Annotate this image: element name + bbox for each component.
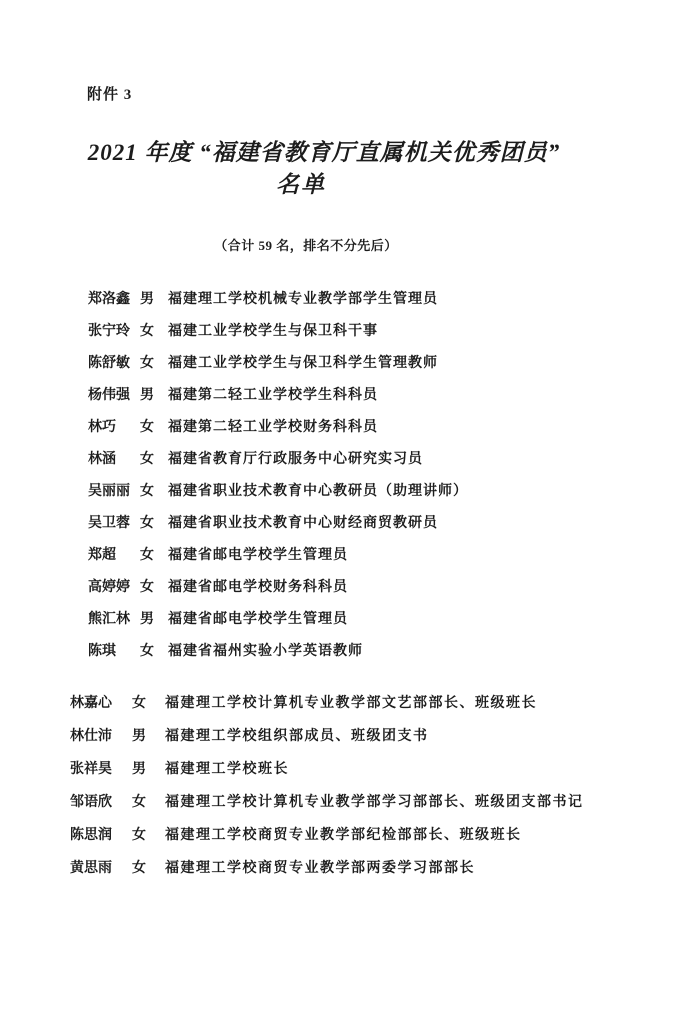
person-name: 陈思润 xyxy=(70,819,132,852)
person-position: 福建理工学校组织部成员、班级团支书 xyxy=(165,720,429,753)
person-name: 林仕沛 xyxy=(70,720,132,753)
person-position: 福建理工学校机械专业教学部学生管理员 xyxy=(168,284,438,316)
roster-row: 杨伟强 男 福建第二轻工业学校学生科科员 xyxy=(0,380,700,412)
person-name: 陈舒敏 xyxy=(88,348,140,380)
roster-count-note: （合计 59 名，排名不分先后） xyxy=(6,235,606,254)
person-position: 福建省邮电学校学生管理员 xyxy=(168,540,348,572)
person-name: 林涵 xyxy=(88,444,140,476)
document-page: 附件 3 2021 年度 “福建省教育厅直属机关优秀团员” 名单 （合计 59 … xyxy=(0,0,700,1011)
person-name: 林嘉心 xyxy=(70,687,132,720)
person-position: 福建理工学校商贸专业教学部两委学习部部长 xyxy=(165,852,475,885)
person-position: 福建第二轻工业学校财务科科员 xyxy=(168,412,378,444)
person-name: 陈琪 xyxy=(88,636,140,668)
person-position: 福建理工学校计算机专业教学部学习部部长、班级团支部书记 xyxy=(165,786,584,819)
person-gender: 男 xyxy=(132,753,165,786)
roster-row: 郑洛鑫 男 福建理工学校机械专业教学部学生管理员 xyxy=(0,284,700,316)
person-position: 福建省职业技术教育中心财经商贸教研员 xyxy=(168,508,438,540)
roster-row: 郑超 女 福建省邮电学校学生管理员 xyxy=(0,540,700,572)
roster-group-1: 郑洛鑫 男 福建理工学校机械专业教学部学生管理员 张宁玲 女 福建工业学校学生与… xyxy=(0,284,700,668)
person-gender: 女 xyxy=(140,540,168,572)
person-position: 福建工业学校学生与保卫科学生管理教师 xyxy=(168,348,438,380)
person-name: 郑洛鑫 xyxy=(88,284,140,316)
person-name: 张宁玲 xyxy=(88,316,140,348)
person-gender: 女 xyxy=(132,786,165,819)
person-name: 林巧 xyxy=(88,412,140,444)
person-name: 黄思雨 xyxy=(70,852,132,885)
person-gender: 女 xyxy=(140,412,168,444)
person-gender: 女 xyxy=(140,572,168,604)
person-gender: 女 xyxy=(140,316,168,348)
person-name: 邹语欣 xyxy=(70,786,132,819)
person-gender: 女 xyxy=(132,852,165,885)
person-name: 杨伟强 xyxy=(88,380,140,412)
person-gender: 女 xyxy=(140,476,168,508)
roster-row: 张宁玲 女 福建工业学校学生与保卫科干事 xyxy=(0,316,700,348)
person-name: 高婷婷 xyxy=(88,572,140,604)
roster-row: 邹语欣 女 福建理工学校计算机专业教学部学习部部长、班级团支部书记 xyxy=(0,786,700,819)
person-gender: 女 xyxy=(140,348,168,380)
person-gender: 女 xyxy=(140,508,168,540)
person-gender: 男 xyxy=(140,284,168,316)
title-line-1: 2021 年度 “福建省教育厅直属机关优秀团员” xyxy=(24,138,624,168)
person-name: 郑超 xyxy=(88,540,140,572)
person-position: 福建工业学校学生与保卫科干事 xyxy=(168,316,378,348)
person-position: 福建省职业技术教育中心教研员（助理讲师） xyxy=(168,476,468,508)
person-gender: 女 xyxy=(132,687,165,720)
person-gender: 女 xyxy=(140,636,168,668)
person-position: 福建理工学校计算机专业教学部文艺部部长、班级班长 xyxy=(165,687,537,720)
attachment-label: 附件 3 xyxy=(87,83,132,104)
person-gender: 女 xyxy=(140,444,168,476)
roster-row: 黄思雨 女 福建理工学校商贸专业教学部两委学习部部长 xyxy=(0,852,700,885)
person-position: 福建第二轻工业学校学生科科员 xyxy=(168,380,378,412)
roster-row: 林仕沛 男 福建理工学校组织部成员、班级团支书 xyxy=(0,720,700,753)
person-gender: 男 xyxy=(140,380,168,412)
person-position: 福建理工学校商贸专业教学部纪检部部长、班级班长 xyxy=(165,819,522,852)
person-gender: 女 xyxy=(132,819,165,852)
roster-row: 林嘉心 女 福建理工学校计算机专业教学部文艺部部长、班级班长 xyxy=(0,687,700,720)
person-position: 福建省邮电学校财务科科员 xyxy=(168,572,348,604)
roster-group-2: 林嘉心 女 福建理工学校计算机专业教学部文艺部部长、班级班长 林仕沛 男 福建理… xyxy=(0,687,700,885)
person-position: 福建理工学校班长 xyxy=(165,753,289,786)
person-name: 熊汇林 xyxy=(88,604,140,636)
person-position: 福建省教育厅行政服务中心研究实习员 xyxy=(168,444,423,476)
person-position: 福建省邮电学校学生管理员 xyxy=(168,604,348,636)
roster-row: 陈琪 女 福建省福州实验小学英语教师 xyxy=(0,636,700,668)
roster-row: 林巧 女 福建第二轻工业学校财务科科员 xyxy=(0,412,700,444)
person-gender: 男 xyxy=(132,720,165,753)
roster-row: 吴卫蓉 女 福建省职业技术教育中心财经商贸教研员 xyxy=(0,508,700,540)
person-name: 吴丽丽 xyxy=(88,476,140,508)
roster-row: 高婷婷 女 福建省邮电学校财务科科员 xyxy=(0,572,700,604)
roster-row: 林涵 女 福建省教育厅行政服务中心研究实习员 xyxy=(0,444,700,476)
roster-row: 张祥昊 男 福建理工学校班长 xyxy=(0,753,700,786)
roster-row: 陈舒敏 女 福建工业学校学生与保卫科学生管理教师 xyxy=(0,348,700,380)
person-position: 福建省福州实验小学英语教师 xyxy=(168,636,363,668)
document-title: 2021 年度 “福建省教育厅直属机关优秀团员” 名单 xyxy=(24,138,624,200)
title-line-2: 名单 xyxy=(1,170,601,200)
person-name: 吴卫蓉 xyxy=(88,508,140,540)
roster-row: 陈思润 女 福建理工学校商贸专业教学部纪检部部长、班级班长 xyxy=(0,819,700,852)
roster-row: 吴丽丽 女 福建省职业技术教育中心教研员（助理讲师） xyxy=(0,476,700,508)
person-name: 张祥昊 xyxy=(70,753,132,786)
person-gender: 男 xyxy=(140,604,168,636)
roster-row: 熊汇林 男 福建省邮电学校学生管理员 xyxy=(0,604,700,636)
